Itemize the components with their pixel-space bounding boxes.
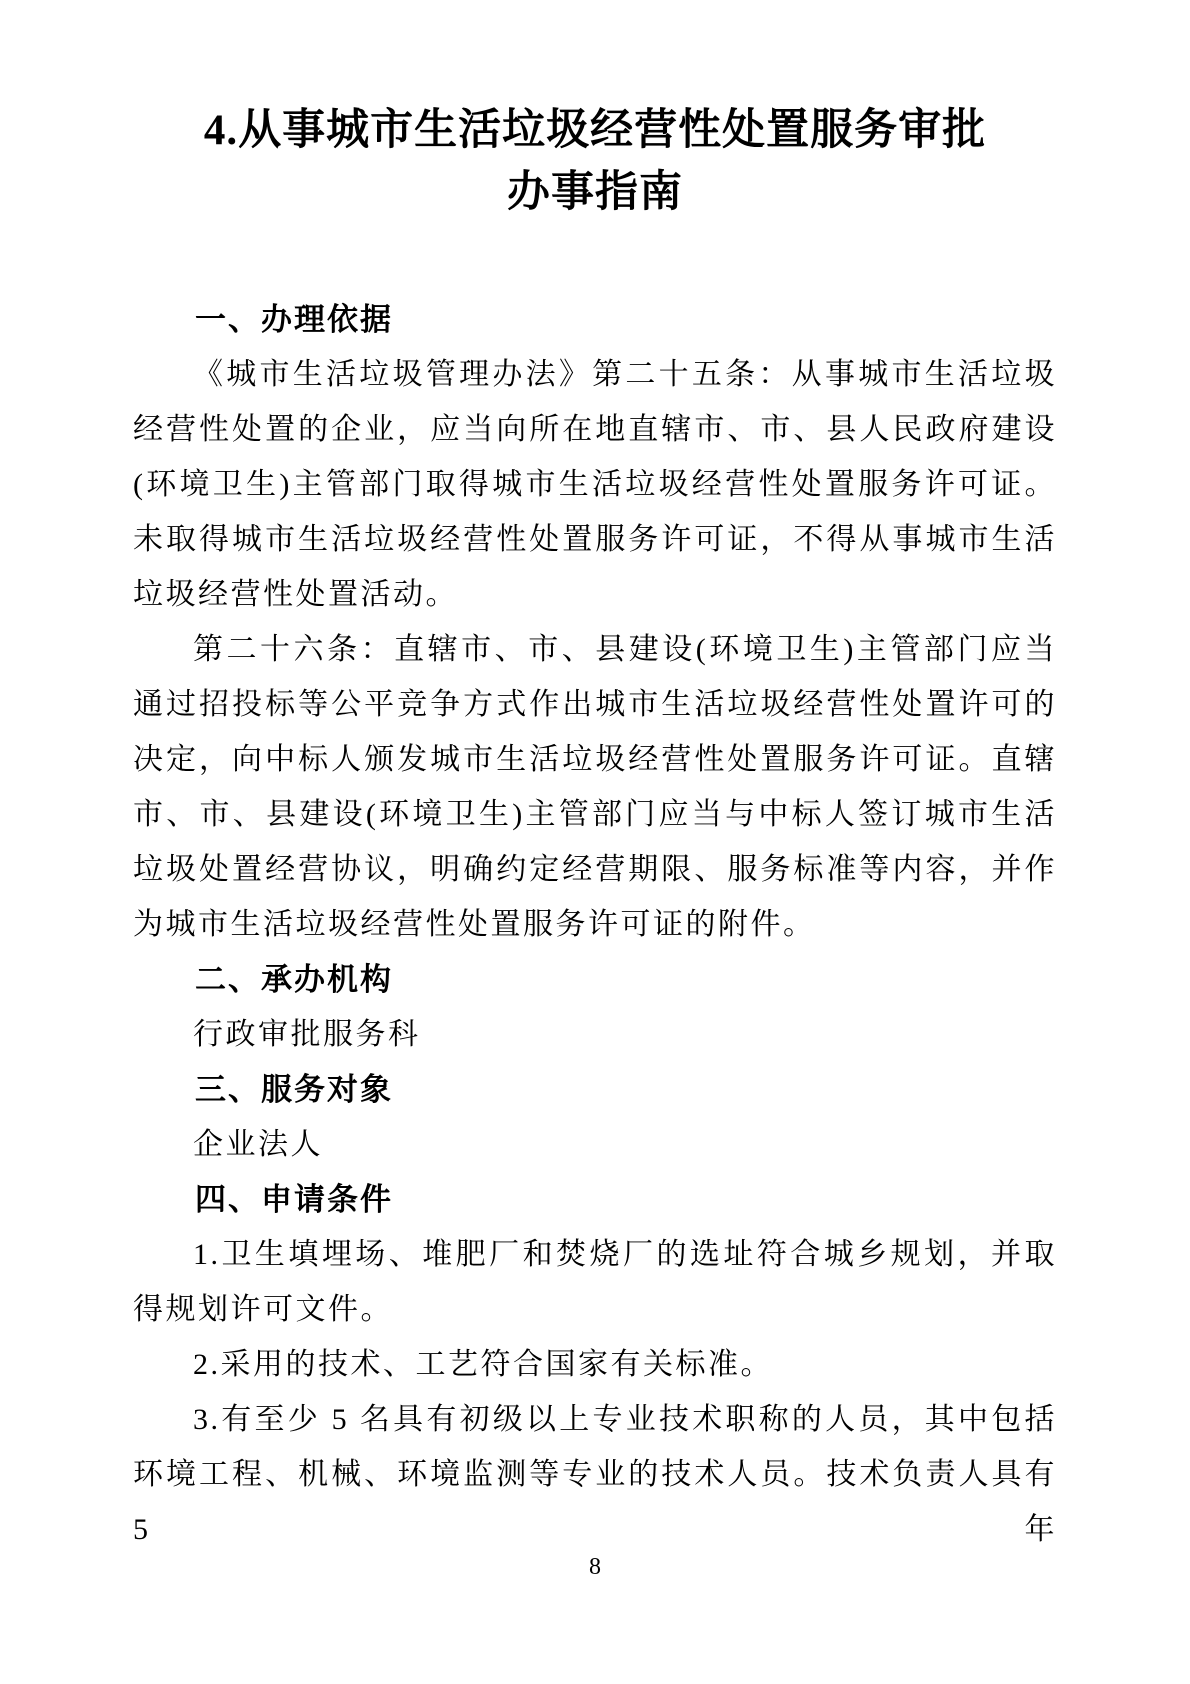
section-heading-application-conditions: 四、申请条件 bbox=[133, 1172, 1057, 1227]
section-heading-service-target: 三、服务对象 bbox=[133, 1062, 1057, 1117]
section-application-conditions: 四、申请条件 1.卫生填埋场、堆肥厂和焚烧厂的选址符合城乡规划，并取得规划许可文… bbox=[133, 1172, 1057, 1557]
section-undertaking-agency: 二、承办机构 行政审批服务科 bbox=[133, 952, 1057, 1062]
paragraph: 企业法人 bbox=[133, 1117, 1057, 1172]
document-title-line-1: 4.从事城市生活垃圾经营性处置服务审批 bbox=[133, 100, 1057, 162]
paragraph: 2.采用的技术、工艺符合国家有关标准。 bbox=[133, 1337, 1057, 1392]
paragraph: 行政审批服务科 bbox=[133, 1007, 1057, 1062]
paragraph: 第二十六条：直辖市、市、县建设(环境卫生)主管部门应当通过招投标等公平竞争方式作… bbox=[133, 622, 1057, 952]
document-title-line-2: 办事指南 bbox=[133, 162, 1057, 224]
paragraph: 1.卫生填埋场、堆肥厂和焚烧厂的选址符合城乡规划，并取得规划许可文件。 bbox=[133, 1227, 1057, 1337]
section-basis: 一、办理依据 《城市生活垃圾管理办法》第二十五条：从事城市生活垃圾经营性处置的企… bbox=[133, 292, 1057, 952]
section-heading-undertaking-agency: 二、承办机构 bbox=[133, 952, 1057, 1007]
paragraph: 3.有至少 5 名具有初级以上专业技术职称的人员，其中包括环境工程、机械、环境监… bbox=[133, 1392, 1057, 1557]
document-page: 4.从事城市生活垃圾经营性处置服务审批 办事指南 一、办理依据 《城市生活垃圾管… bbox=[0, 0, 1190, 1684]
section-service-target: 三、服务对象 企业法人 bbox=[133, 1062, 1057, 1172]
section-heading-basis: 一、办理依据 bbox=[133, 292, 1057, 347]
page-number: 8 bbox=[0, 1552, 1190, 1582]
document-title: 4.从事城市生活垃圾经营性处置服务审批 办事指南 bbox=[133, 100, 1057, 224]
paragraph: 《城市生活垃圾管理办法》第二十五条：从事城市生活垃圾经营性处置的企业，应当向所在… bbox=[133, 347, 1057, 622]
